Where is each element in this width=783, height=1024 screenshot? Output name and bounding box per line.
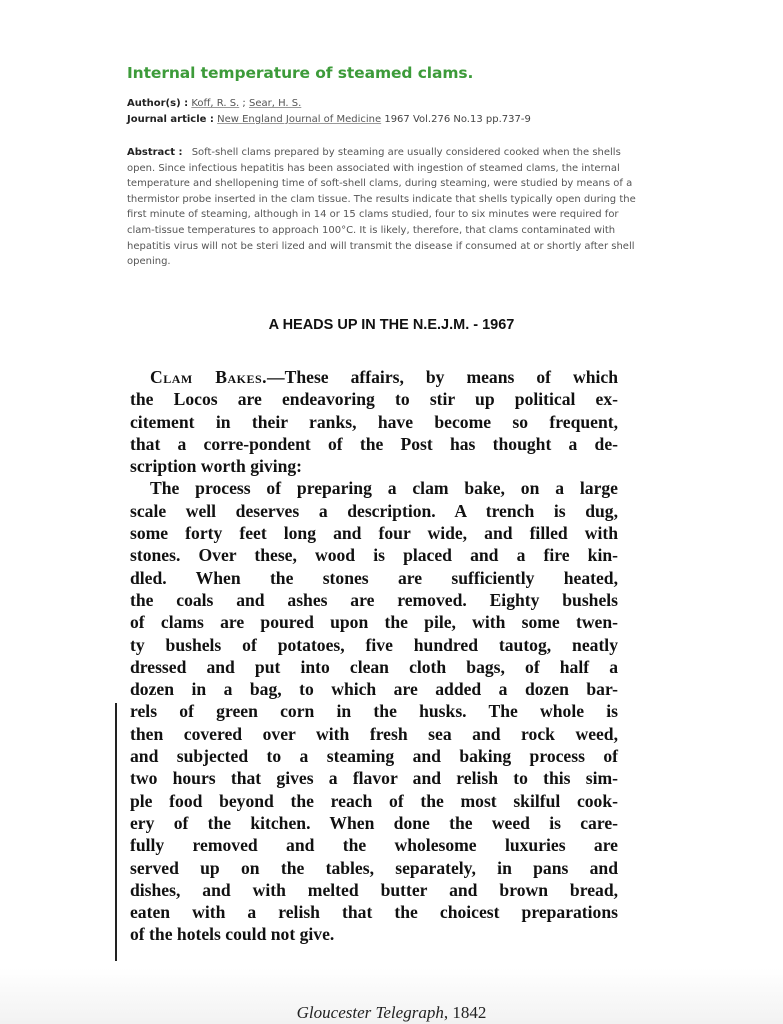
caption-source: Gloucester Telegraph [297, 1003, 444, 1022]
author-link[interactable]: Koff, R. S. [191, 98, 239, 109]
abstract-text: Soft-shell clams prepared by steaming ar… [127, 147, 636, 267]
clipping-margin-bar [115, 703, 117, 961]
clipping-line: two hours that gives a flavor and relish… [118, 767, 618, 789]
clipping-line: citement in their ranks, have become so … [118, 411, 618, 433]
caption-year: , 1842 [444, 1003, 487, 1022]
clipping-line: the coals and ashes are removed. Eighty … [118, 589, 618, 611]
clipping-line: stones. Over these, wood is placed and a… [118, 544, 618, 566]
clipping-line: dled. When the stones are sufficiently h… [118, 567, 618, 589]
abstract-label: Abstract : [127, 147, 183, 158]
article-record: Internal temperature of steamed clams. A… [127, 64, 657, 270]
clipping-headline: Clam Bakes. [150, 367, 267, 387]
author-separator: ; [239, 98, 249, 109]
clipping-line: of clams are poured upon the pile, with … [118, 611, 618, 633]
clipping-line: then covered over with fresh sea and roc… [118, 723, 618, 745]
clipping-line: and subjected to a steaming and baking p… [118, 745, 618, 767]
clipping-line: some forty feet long and four wide, and … [118, 522, 618, 544]
journal-details: 1967 Vol.276 No.13 pp.737-9 [381, 114, 531, 125]
clipping-line: rels of green corn in the husks. The who… [118, 700, 618, 722]
clipping-line: Clam Bakes.—These affairs, by means of w… [118, 366, 618, 388]
authors-label: Author(s) : [127, 98, 188, 109]
clipping-line: scale well deserves a description. A tre… [118, 500, 618, 522]
clipping-line: eaten with a relish that the choicest pr… [118, 901, 618, 923]
article-title: Internal temperature of steamed clams. [127, 64, 657, 82]
section-heading: A HEADS UP IN THE N.E.J.M. - 1967 [0, 317, 783, 333]
clipping-line: served up on the tables, separately, in … [118, 857, 618, 879]
clipping-line: dressed and put into clean cloth bags, o… [118, 656, 618, 678]
clipping-line: scription worth giving: [118, 455, 618, 477]
clipping-line: dozen in a bag, to which are added a doz… [118, 678, 618, 700]
clipping-line: fully removed and the wholesome luxuries… [118, 834, 618, 856]
journal-label: Journal article : [127, 114, 214, 125]
clipping-line: that a corre-pondent of the Post has tho… [118, 433, 618, 455]
clipping-line: The process of preparing a clam bake, on… [118, 477, 618, 499]
clipping-line: ty bushels of potatoes, five hundred tau… [118, 634, 618, 656]
clipping-caption: Gloucester Telegraph, 1842 [0, 1003, 783, 1023]
journal-line: Journal article : New England Journal of… [127, 112, 657, 128]
clipping-line: the Locos are endeavoring to stir up pol… [118, 388, 618, 410]
author-link[interactable]: Sear, H. S. [249, 98, 301, 109]
clipping-line: ery of the kitchen. When done the weed i… [118, 812, 618, 834]
clipping-line: dishes, and with melted butter and brown… [118, 879, 618, 901]
abstract: Abstract : Soft-shell clams prepared by … [127, 145, 647, 270]
clipping-line: of the hotels could not give. [118, 923, 618, 945]
clipping-line: ple food beyond the reach of the most sk… [118, 790, 618, 812]
newspaper-clipping: Clam Bakes.—These affairs, by means of w… [118, 366, 618, 946]
journal-link[interactable]: New England Journal of Medicine [217, 114, 381, 125]
authors-line: Author(s) : Koff, R. S. ; Sear, H. S. [127, 96, 657, 112]
